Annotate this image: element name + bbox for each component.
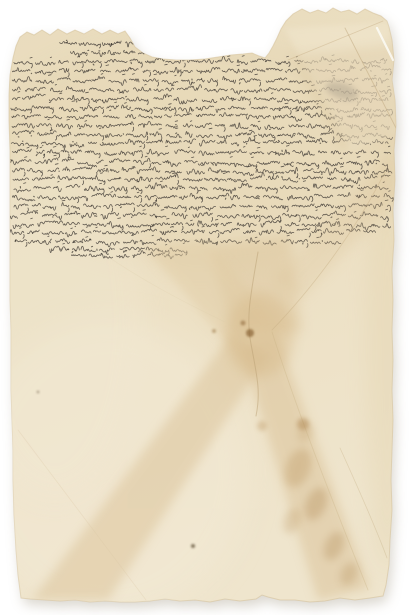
foxing-spot xyxy=(37,391,39,393)
foxing-spot xyxy=(297,418,309,430)
stain-patch xyxy=(226,293,294,377)
foxing-spot xyxy=(241,321,246,326)
foxing-spot xyxy=(257,421,267,431)
photo-backdrop xyxy=(0,0,410,615)
foxing-spot xyxy=(246,329,254,337)
foxing-spot xyxy=(191,544,195,548)
manuscript-photo xyxy=(0,0,410,615)
foxing-spot xyxy=(212,329,216,333)
